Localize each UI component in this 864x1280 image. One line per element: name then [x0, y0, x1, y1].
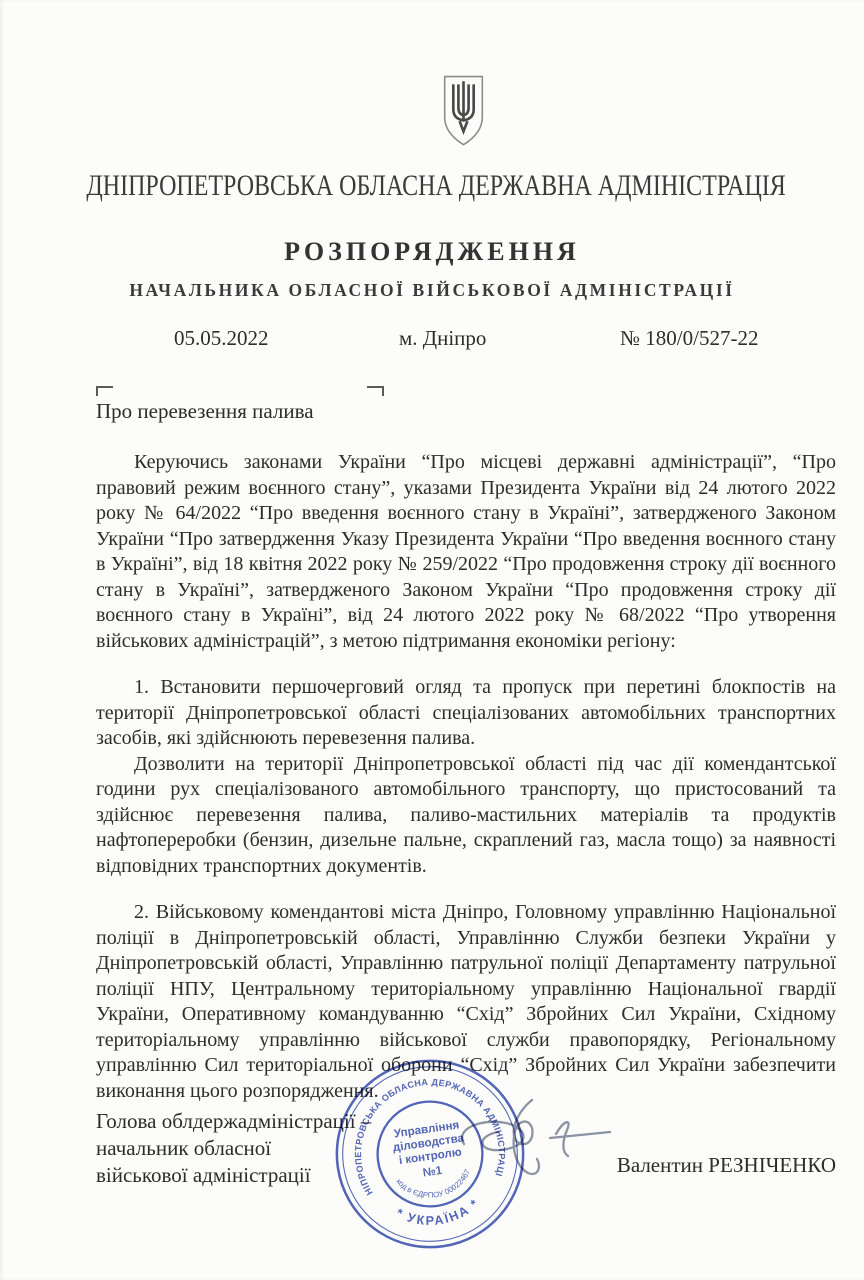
document-subtitle: НАЧАЛЬНИКА ОБЛАСНОЇ ВІЙСЬКОВОЇ АДМІНІСТР…: [0, 280, 864, 301]
subject-line: Про перевезення палива: [96, 399, 314, 424]
corner-mark-left: [96, 386, 113, 396]
document-type-title: РОЗПОРЯДЖЕННЯ: [0, 237, 864, 267]
document-body: Керуючись законами України “Про місцеві …: [96, 450, 836, 1104]
ukraine-trident-emblem-icon: [440, 72, 487, 150]
signature-scribble: [452, 1072, 662, 1197]
letterhead-title: ДНІПРОПЕТРОВСЬКА ОБЛАСНА ДЕРЖАВНА АДМІНІ…: [86, 169, 777, 203]
place-value: м. Дніпро: [399, 326, 486, 351]
document-meta-row: 05.05.2022 м. Дніпро № 180/0/527-22: [96, 326, 836, 354]
body-paragraph: 1. Встановити першочерговий огляд та про…: [96, 675, 836, 752]
number-value: № 180/0/527-22: [620, 326, 758, 351]
stamp-center-line: №1: [422, 1164, 444, 1180]
body-paragraph: Керуючись законами України “Про місцеві …: [96, 450, 836, 654]
corner-mark-right: [367, 386, 384, 396]
date-value: 05.05.2022: [174, 326, 269, 351]
body-paragraph: Дозволити на території Дніпропетровської…: [96, 752, 836, 880]
document-page: ДНІПРОПЕТРОВСЬКА ОБЛАСНА ДЕРЖАВНА АДМІНІ…: [0, 0, 864, 1280]
